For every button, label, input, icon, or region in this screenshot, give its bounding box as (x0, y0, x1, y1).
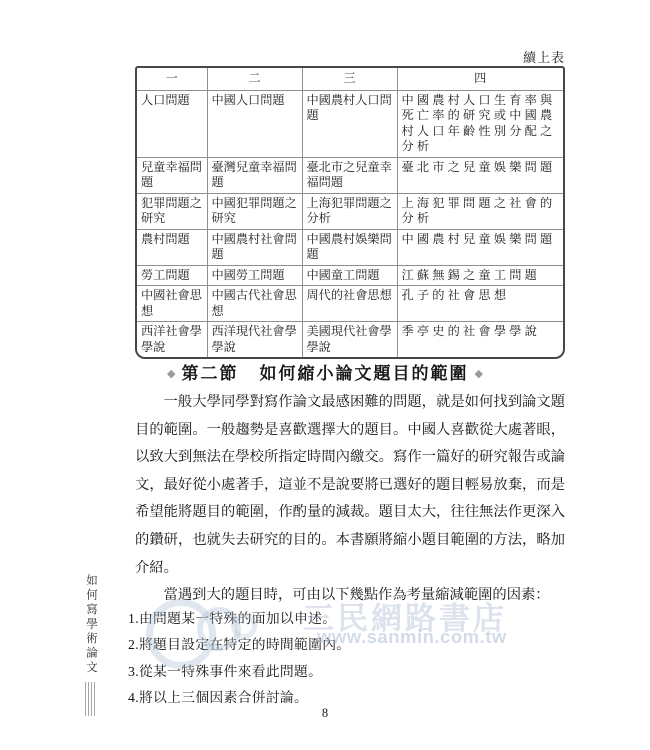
topic-narrowing-table-wrap: 一二三四 人口問題中國人口問題中國農村人口問題中國農村人口生育率與死亡率的研究或… (135, 66, 565, 359)
table-header-cell: 一 (137, 68, 207, 90)
table-row: 西洋社會學學說西洋現代社會學學說美國現代社會學學說季亭史的社會學學說 (137, 322, 563, 358)
list-item: 3.從某一特殊事件來看此問題。 (128, 659, 565, 686)
table-cell: 兒童幸福問題 (137, 157, 207, 193)
table-cell: 中國童工問題 (302, 265, 397, 286)
table-cell: 中國犯罪問題之研究 (207, 193, 302, 229)
section-heading: ◆第二節如何縮小論文題目的範圍◆ (0, 359, 650, 384)
body-text: 一般大學同學對寫作論文最感困難的問題，就是如何找到論文題目的範圍。一般趨勢是喜歡… (135, 389, 565, 712)
paragraph-intro: 一般大學同學對寫作論文最感困難的問題，就是如何找到論文題目的範圍。一般趨勢是喜歡… (135, 389, 565, 582)
table-cell: 人口問題 (137, 90, 207, 157)
table-head: 一二三四 (137, 68, 563, 90)
table-header-row: 一二三四 (137, 68, 563, 90)
topic-narrowing-table: 一二三四 人口問題中國人口問題中國農村人口問題中國農村人口生育率與死亡率的研究或… (137, 68, 563, 357)
table-cell: 勞工問題 (137, 265, 207, 286)
table-cell: 中國勞工問題 (207, 265, 302, 286)
table-header-cell: 三 (302, 68, 397, 90)
spine-book-title: 如何寫學術論文 (83, 574, 99, 676)
table-cell: 中國人口問題 (207, 90, 302, 157)
table-cell: 臺北市之兒童娛樂問題 (397, 157, 563, 193)
diamond-icon: ◆ (475, 368, 483, 380)
table-cell: 上海犯罪問題之社會的分析 (397, 193, 563, 229)
table-cell: 美國現代社會學學說 (302, 322, 397, 358)
table-row: 兒童幸福問題臺灣兒童幸福問題臺北市之兒童幸福問題臺北市之兒童娛樂問題 (137, 157, 563, 193)
table-cell: 臺北市之兒童幸福問題 (302, 157, 397, 193)
table-row: 勞工問題中國勞工問題中國童工問題江蘇無錫之童工問題 (137, 265, 563, 286)
table-cell: 上海犯罪問題之分析 (302, 193, 397, 229)
table-header-cell: 四 (397, 68, 563, 90)
table-cell: 中國農村社會問題 (207, 229, 302, 265)
list-item: 2.將題目設定在特定的時間範圍內。 (128, 632, 565, 659)
table-row: 農村問題中國農村社會問題中國農村娛樂問題中國農村兒童娛樂問題 (137, 229, 563, 265)
table-row: 中國社會思想中國古代社會思想周代的社會思想孔子的社會思想 (137, 286, 563, 322)
table-cell: 西洋現代社會學學說 (207, 322, 302, 358)
table-cell: 中國農村娛樂問題 (302, 229, 397, 265)
table-cell: 周代的社會思想 (302, 286, 397, 322)
page-number: 8 (0, 706, 650, 721)
table-cell: 犯罪問題之研究 (137, 193, 207, 229)
table-cell: 江蘇無錫之童工問題 (397, 265, 563, 286)
diamond-icon: ◆ (167, 368, 175, 380)
table-cell: 中國農村兒童娛樂問題 (397, 229, 563, 265)
table-row: 人口問題中國人口問題中國農村人口問題中國農村人口生育率與死亡率的研究或中國農村人… (137, 90, 563, 157)
table-header-cell: 二 (207, 68, 302, 90)
table-cell: 孔子的社會思想 (397, 286, 563, 322)
table-row: 犯罪問題之研究中國犯罪問題之研究上海犯罪問題之分析上海犯罪問題之社會的分析 (137, 193, 563, 229)
table-cell: 西洋社會學學說 (137, 322, 207, 358)
section-number: 第二節 (182, 364, 239, 383)
table-cell: 中國社會思想 (137, 286, 207, 322)
table-continued-label: 續上表 (135, 47, 565, 66)
section-title: 如何縮小論文題目的範圍 (260, 364, 469, 383)
table-cell: 中國農村人口生育率與死亡率的研究或中國農村人口年齡性別分配之分析 (397, 90, 563, 157)
factor-list: 1.由問題某一特殊的面加以申述。2.將題目設定在特定的時間範圍內。3.從某一特殊… (128, 606, 565, 712)
table-cell: 中國農村人口問題 (302, 90, 397, 157)
table-cell: 農村問題 (137, 229, 207, 265)
table-body: 人口問題中國人口問題中國農村人口問題中國農村人口生育率與死亡率的研究或中國農村人… (137, 90, 563, 357)
table-cell: 中國古代社會思想 (207, 286, 302, 322)
table-cell: 季亭史的社會學學說 (397, 322, 563, 358)
book-page: 續上表 一二三四 人口問題中國人口問題中國農村人口問題中國農村人口生育率與死亡率… (0, 0, 650, 750)
table-cell: 臺灣兒童幸福問題 (207, 157, 302, 193)
